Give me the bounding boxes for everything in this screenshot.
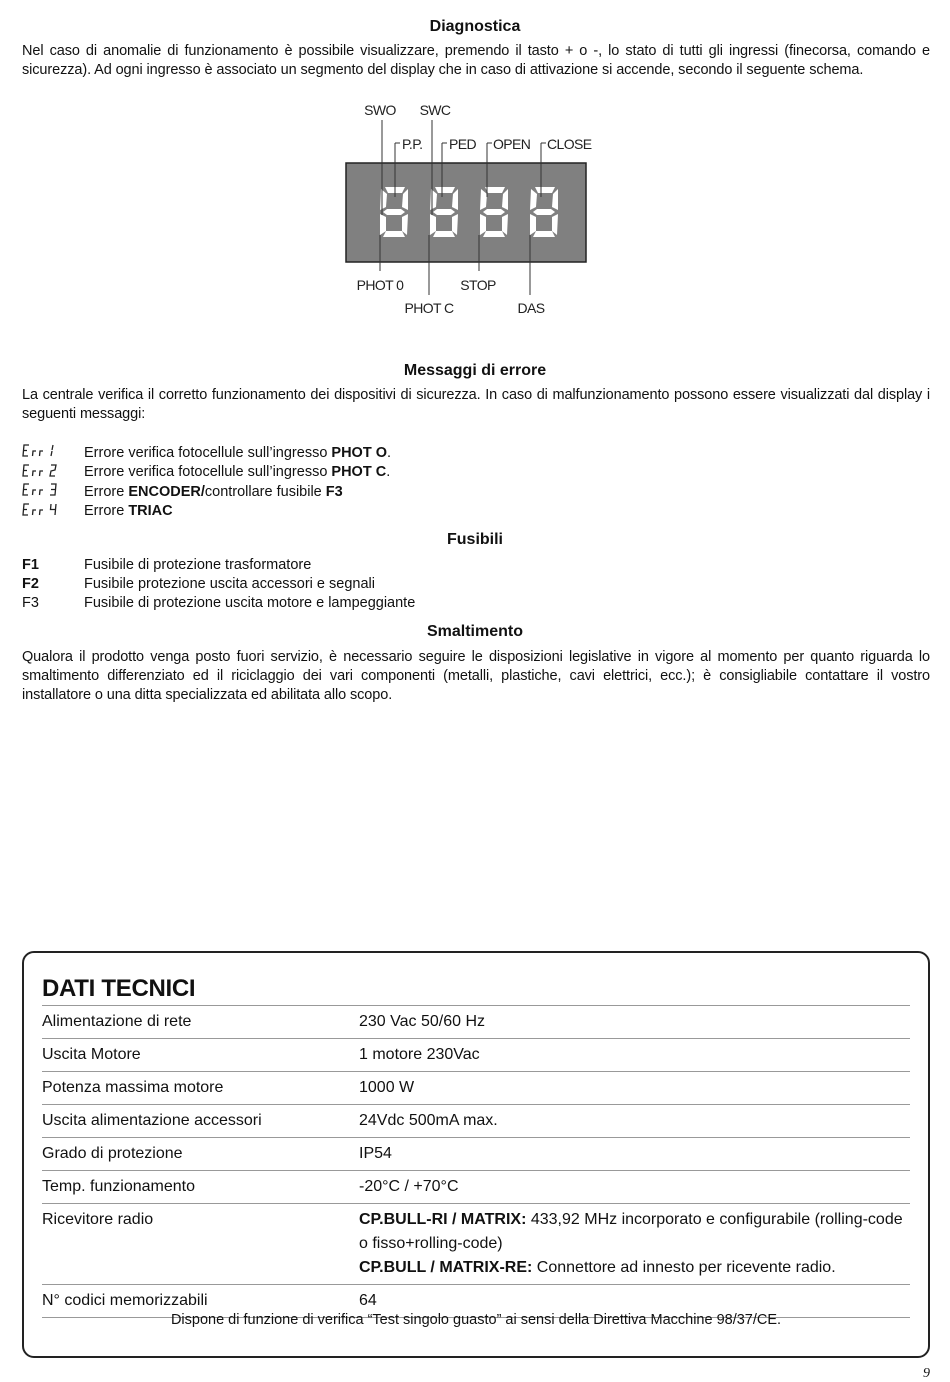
error-item: Errore verifica fotocellule sull’ingress…: [22, 443, 391, 463]
spec-label: Temp. funzionamento: [42, 1175, 359, 1199]
error-description: Errore verifica fotocellule sull’ingress…: [84, 464, 390, 480]
technical-data-box: DATI TECNICI Alimentazione di rete230 Va…: [22, 951, 930, 1358]
fuse-description: Fusibile protezione uscita accessori e s…: [84, 575, 375, 594]
section-title-errori: Messaggi di errore: [0, 362, 950, 380]
error-code-err4: [22, 503, 84, 520]
fuse-list: F1 Fusibile di protezione trasformatore …: [22, 556, 415, 613]
error-code-err2: [22, 464, 84, 481]
svg-text:CLOSE: CLOSE: [547, 136, 592, 152]
section-title-fusibili: Fusibili: [0, 531, 950, 549]
table-row: Potenza massima motore1000 W: [42, 1071, 910, 1104]
error-description: Errore ENCODER/controllare fusibile F3: [84, 484, 343, 500]
spec-value: 1 motore 230Vac: [359, 1043, 910, 1067]
technical-data-title: DATI TECNICI: [42, 975, 195, 1003]
fuse-code: F3: [22, 594, 84, 613]
smaltimento-paragraph: Qualora il prodotto venga posto fuori se…: [22, 648, 930, 705]
technical-data-table: Alimentazione di rete230 Vac 50/60 Hz Us…: [42, 1005, 910, 1318]
svg-text:PHOT 0: PHOT 0: [357, 277, 405, 293]
fuse-code: F2: [22, 575, 84, 594]
spec-label: Uscita Motore: [42, 1043, 359, 1067]
fuse-item: F1 Fusibile di protezione trasformatore: [22, 556, 415, 575]
technical-note: Dispone di funzione di verifica “Test si…: [24, 1312, 928, 1328]
section-title-diagnostica: Diagnostica: [0, 18, 950, 36]
spec-value: CP.BULL-RI / MATRIX: 433,92 MHz incorpor…: [359, 1208, 910, 1280]
svg-text:SWC: SWC: [420, 102, 451, 118]
error-description: Errore verifica fotocellule sull’ingress…: [84, 445, 391, 461]
error-code-err3: [22, 483, 84, 500]
spec-value: 230 Vac 50/60 Hz: [359, 1010, 910, 1034]
spec-label: Uscita alimentazione accessori: [42, 1109, 359, 1133]
spec-value: 24Vdc 500mA max.: [359, 1109, 910, 1133]
error-item: Errore ENCODER/controllare fusibile F3: [22, 482, 391, 502]
table-row: Uscita Motore1 motore 230Vac: [42, 1038, 910, 1071]
error-item: Errore verifica fotocellule sull’ingress…: [22, 463, 391, 483]
spec-label: Potenza massima motore: [42, 1076, 359, 1100]
section-title-smaltimento: Smaltimento: [0, 623, 950, 641]
spec-label: N° codici memorizzabili: [42, 1289, 359, 1313]
fuse-item: F3 Fusibile di protezione uscita motore …: [22, 594, 415, 613]
table-row-radio: Ricevitore radio CP.BULL-RI / MATRIX: 43…: [42, 1203, 910, 1284]
error-code-err1: [22, 444, 84, 461]
spec-label: Ricevitore radio: [42, 1208, 359, 1280]
svg-text:PHOT C: PHOT C: [404, 300, 454, 316]
svg-text:STOP: STOP: [460, 277, 496, 293]
svg-text:PED: PED: [449, 136, 476, 152]
spec-label: Alimentazione di rete: [42, 1010, 359, 1034]
fuse-item: F2 Fusibile protezione uscita accessori …: [22, 575, 415, 594]
spec-label: Grado di protezione: [42, 1142, 359, 1166]
error-item: Errore TRIAC: [22, 502, 391, 522]
error-message-list: Errore verifica fotocellule sull’ingress…: [22, 443, 391, 521]
spec-value: 64: [359, 1289, 910, 1313]
table-row: Uscita alimentazione accessori24Vdc 500m…: [42, 1104, 910, 1137]
fuse-code: F1: [22, 556, 84, 575]
display-segment-diagram: SWOSWCP.P.PEDOPENCLOSEPHOT 0PHOT CSTOPDA…: [340, 95, 630, 325]
table-row: Temp. funzionamento-20°C / +70°C: [42, 1170, 910, 1203]
fuse-description: Fusibile di protezione uscita motore e l…: [84, 594, 415, 613]
table-row: Alimentazione di rete230 Vac 50/60 Hz: [42, 1005, 910, 1038]
errori-paragraph: La centrale verifica il corretto funzion…: [22, 386, 930, 424]
svg-text:DAS: DAS: [518, 300, 545, 316]
svg-text:OPEN: OPEN: [493, 136, 530, 152]
table-row: Grado di protezioneIP54: [42, 1137, 910, 1170]
spec-value: 1000 W: [359, 1076, 910, 1100]
error-description: Errore TRIAC: [84, 503, 173, 519]
page-number: 9: [923, 1366, 930, 1382]
fuse-description: Fusibile di protezione trasformatore: [84, 556, 311, 575]
diagnostica-paragraph: Nel caso di anomalie di funzionamento è …: [22, 42, 930, 80]
spec-value: -20°C / +70°C: [359, 1175, 910, 1199]
svg-text:P.P.: P.P.: [402, 136, 422, 152]
svg-text:SWO: SWO: [364, 102, 396, 118]
spec-value: IP54: [359, 1142, 910, 1166]
